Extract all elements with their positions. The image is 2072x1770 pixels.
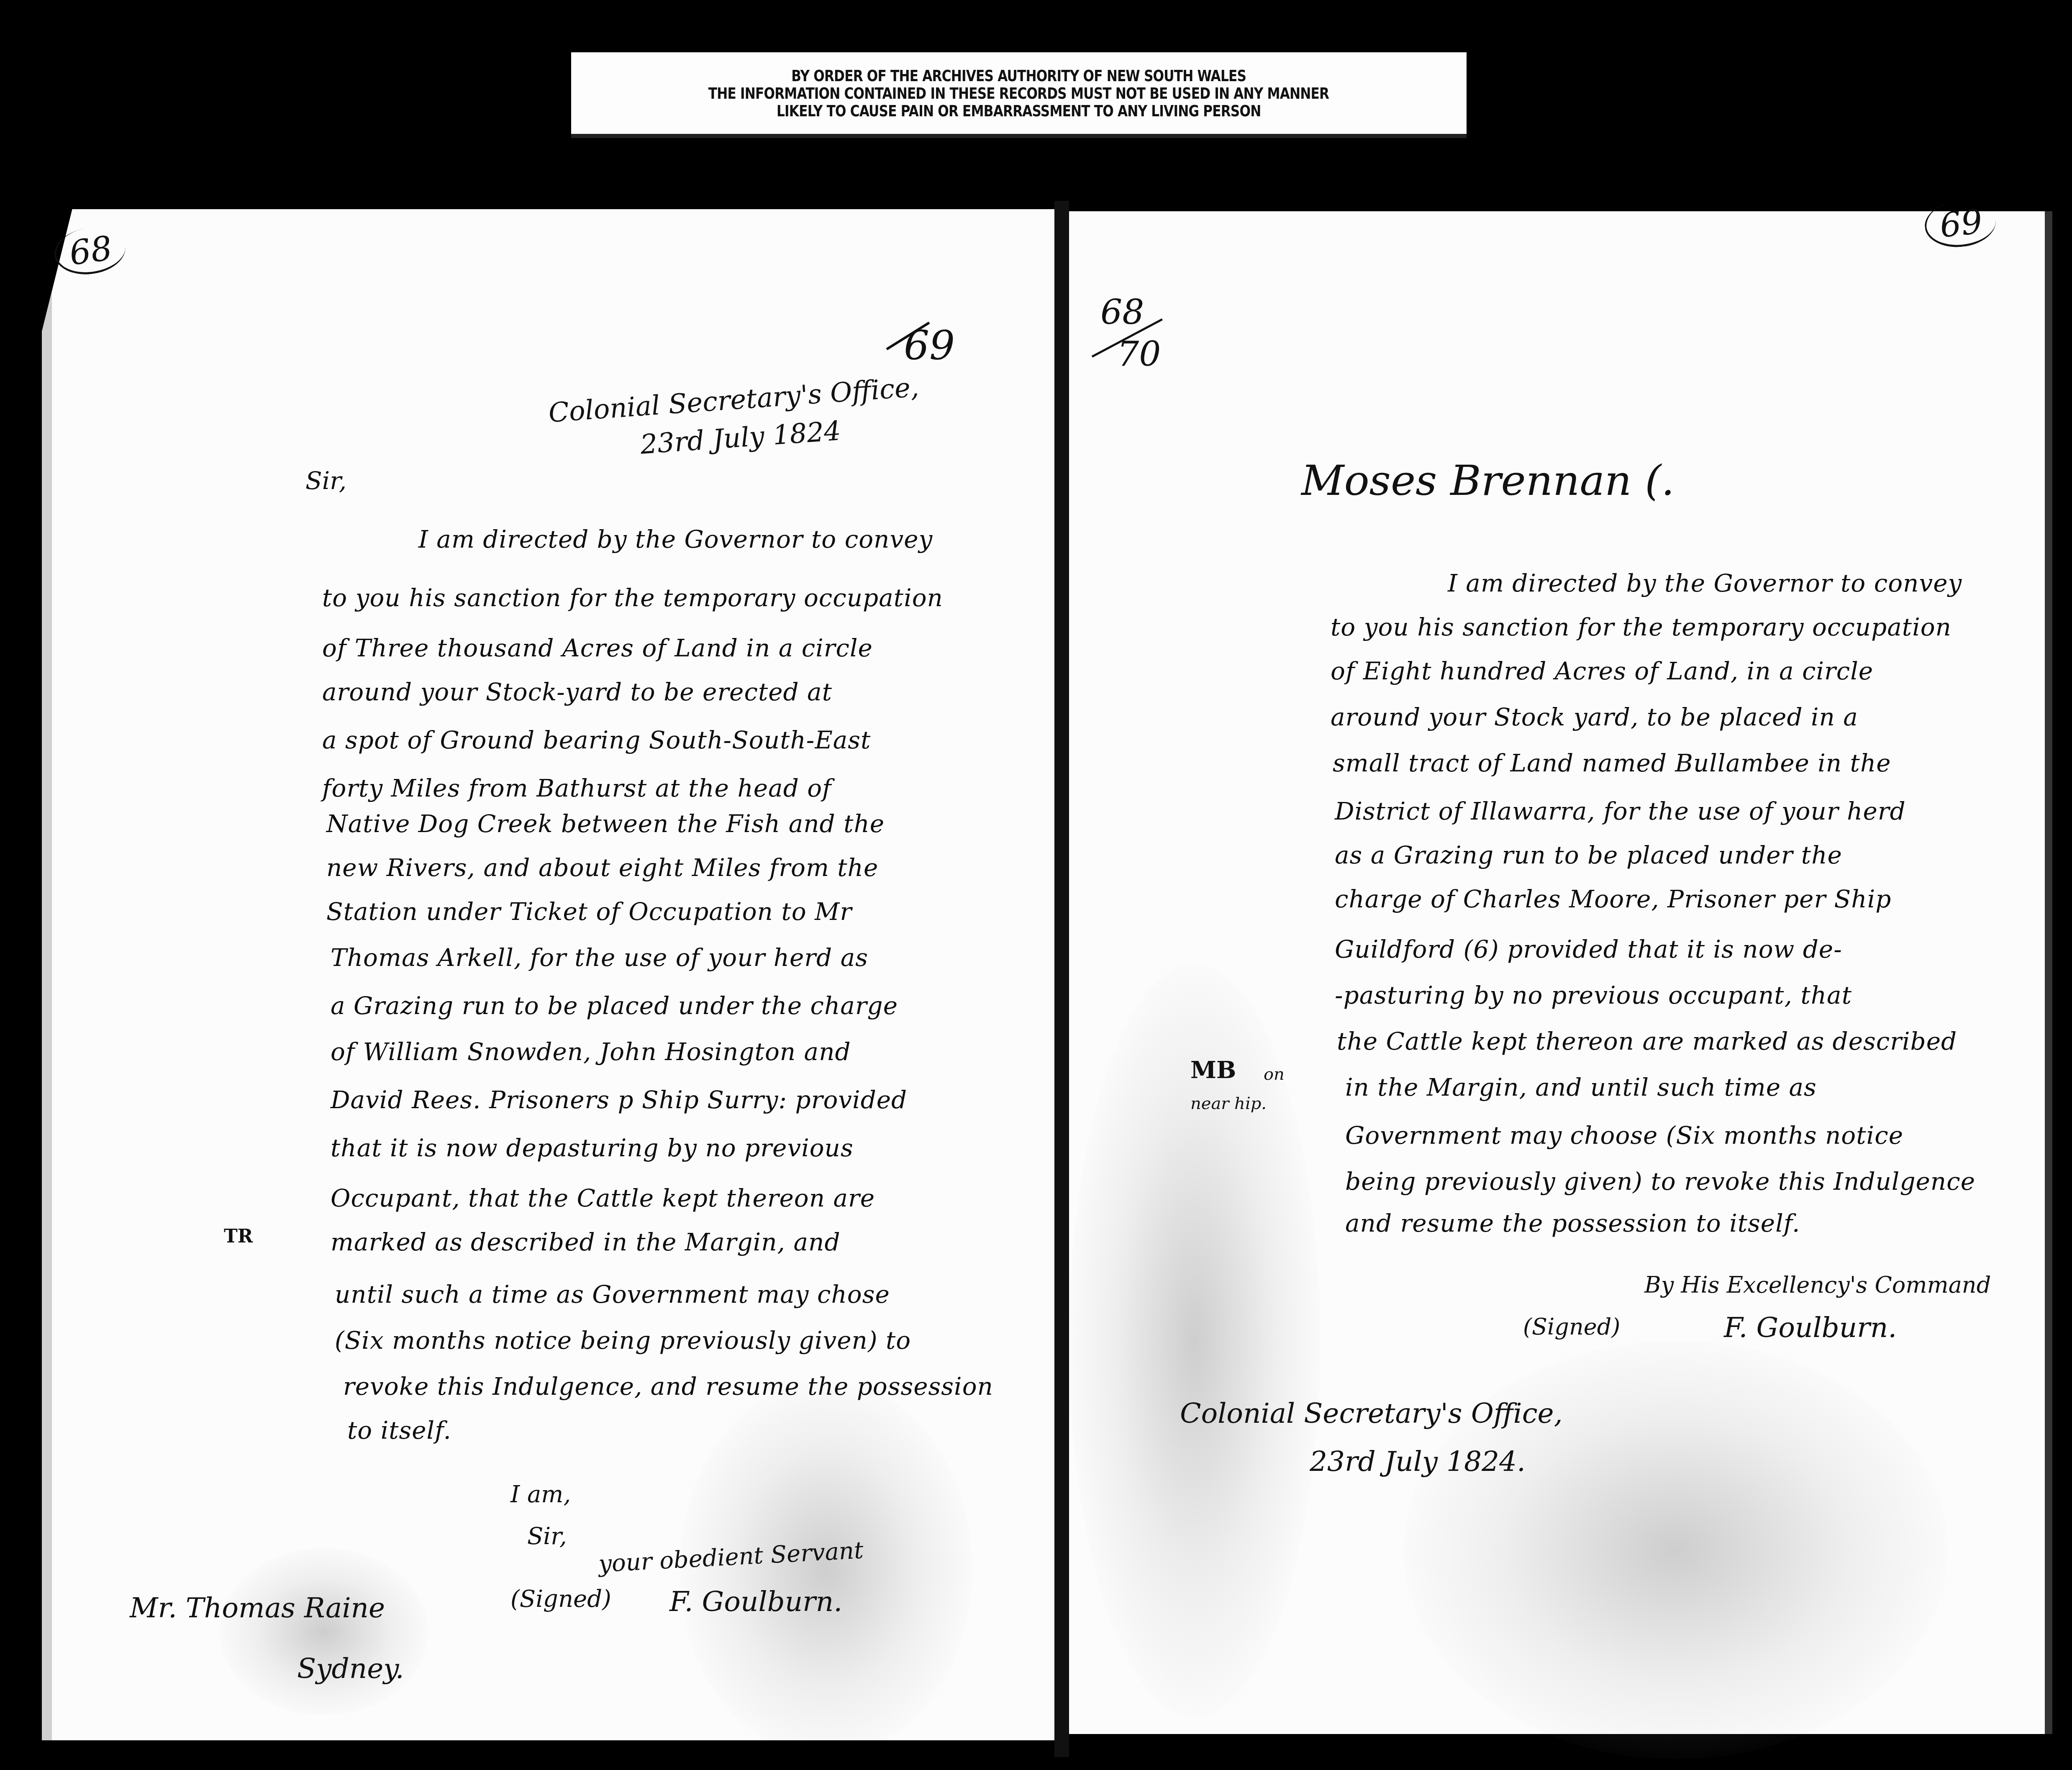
right-body-line: the Cattle kept thereon are marked as de… bbox=[1337, 1027, 1957, 1055]
right-body-line: -pasturing by no previous occupant, that bbox=[1335, 981, 1852, 1009]
left-folio-slashed: 69 bbox=[904, 322, 955, 369]
right-body-line: Government may choose (Six months notice bbox=[1345, 1121, 1903, 1150]
archives-restriction-banner: BY ORDER OF THE ARCHIVES AUTHORITY OF NE… bbox=[571, 52, 1467, 138]
left-signed-label: (Signed) bbox=[510, 1586, 611, 1613]
left-body-line: around your Stock-yard to be erected at bbox=[322, 678, 832, 706]
stain bbox=[219, 1548, 428, 1715]
right-body-line: District of Illawarra, for the use of yo… bbox=[1335, 797, 1906, 825]
left-body-line: revoke this Indulgence, and resume the p… bbox=[343, 1372, 993, 1401]
right-body-line: around your Stock yard, to be placed in … bbox=[1331, 703, 1858, 731]
right-body-line: to you his sanction for the temporary oc… bbox=[1331, 613, 1951, 641]
left-salutation: Sir, bbox=[305, 466, 346, 495]
banner-line-2: THE INFORMATION CONTAINED IN THESE RECOR… bbox=[708, 85, 1329, 102]
left-signature: F. Goulburn. bbox=[669, 1586, 842, 1618]
left-body-line: forty Miles from Bathurst at the head of bbox=[322, 774, 832, 802]
recipient-name: Moses Brennan (. bbox=[1301, 456, 1675, 505]
right-body-line: Guildford (6) provided that it is now de… bbox=[1335, 935, 1842, 963]
left-body-line: I am directed by the Governor to convey bbox=[418, 525, 933, 553]
left-margin-note: TR bbox=[224, 1226, 253, 1247]
right-body-line: I am directed by the Governor to convey bbox=[1448, 569, 1962, 597]
right-body-line: and resume the possession to itself. bbox=[1345, 1209, 1800, 1237]
left-closing-sir: Sir, bbox=[527, 1523, 567, 1550]
addressee-place: Sydney. bbox=[297, 1652, 404, 1685]
folio-fraction-denominator: 70 bbox=[1117, 335, 1161, 374]
left-body-line: a Grazing run to be placed under the cha… bbox=[331, 991, 898, 1020]
right-signature: F. Goulburn. bbox=[1724, 1311, 1897, 1344]
right-signed-label: (Signed) bbox=[1523, 1314, 1620, 1340]
folio-fraction-numerator: 68 bbox=[1100, 293, 1144, 333]
right-body-line: being previously given) to revoke this I… bbox=[1345, 1167, 1975, 1196]
banner-line-1: BY ORDER OF THE ARCHIVES AUTHORITY OF NE… bbox=[792, 67, 1246, 85]
right-body-line: charge of Charles Moore, Prisoner per Sh… bbox=[1335, 885, 1891, 913]
right-body-line: as a Grazing run to be placed under the bbox=[1335, 841, 1842, 869]
left-body-line: to itself. bbox=[347, 1416, 451, 1445]
left-body-line: of Three thousand Acres of Land in a cir… bbox=[322, 634, 873, 662]
left-body-line: marked as described in the Margin, and bbox=[331, 1228, 841, 1256]
margin-note-line1: on bbox=[1264, 1065, 1285, 1084]
banner-line-3: LIKELY TO CAUSE PAIN OR EMBARRASSMENT TO… bbox=[777, 102, 1261, 120]
right-page bbox=[1069, 211, 2052, 1734]
left-body-line: David Rees. Prisoners p Ship Surry: prov… bbox=[331, 1086, 907, 1114]
left-body-line: a spot of Ground bearing South-South-Eas… bbox=[322, 726, 871, 754]
right-body-line: small tract of Land named Bullambee in t… bbox=[1333, 749, 1891, 777]
left-closing-i-am: I am, bbox=[510, 1481, 571, 1508]
addressee-name: Mr. Thomas Raine bbox=[130, 1592, 385, 1624]
by-command-line: By His Excellency's Command bbox=[1644, 1272, 1991, 1298]
left-body-line: to you his sanction for the temporary oc… bbox=[322, 584, 943, 612]
left-body-line: (Six months notice being previously give… bbox=[335, 1326, 911, 1355]
left-body-line: until such a time as Government may chos… bbox=[335, 1280, 890, 1309]
margin-note-line2: near hip. bbox=[1190, 1094, 1267, 1113]
left-body-line: Occupant, that the Cattle kept thereon a… bbox=[331, 1184, 875, 1212]
right-footer-date: 23rd July 1824. bbox=[1310, 1445, 1526, 1478]
book-gutter bbox=[1054, 201, 1069, 1757]
left-body-line: Station under Ticket of Occupation to Mr bbox=[326, 897, 852, 926]
left-page bbox=[42, 209, 1054, 1740]
left-body-line: new Rivers, and about eight Miles from t… bbox=[326, 853, 878, 882]
left-body-line: Native Dog Creek between the Fish and th… bbox=[326, 809, 885, 838]
left-body-line: that it is now depasturing by no previou… bbox=[331, 1134, 854, 1162]
left-body-line: of William Snowden, John Hosington and bbox=[331, 1037, 851, 1066]
right-footer-office: Colonial Secretary's Office, bbox=[1180, 1397, 1563, 1429]
right-body-line: of Eight hundred Acres of Land, in a cir… bbox=[1331, 657, 1873, 685]
left-body-line: Thomas Arkell, for the use of your herd … bbox=[331, 943, 868, 972]
cattle-brand-mark: MB bbox=[1190, 1056, 1236, 1084]
right-body-line: in the Margin, and until such time as bbox=[1345, 1073, 1817, 1101]
